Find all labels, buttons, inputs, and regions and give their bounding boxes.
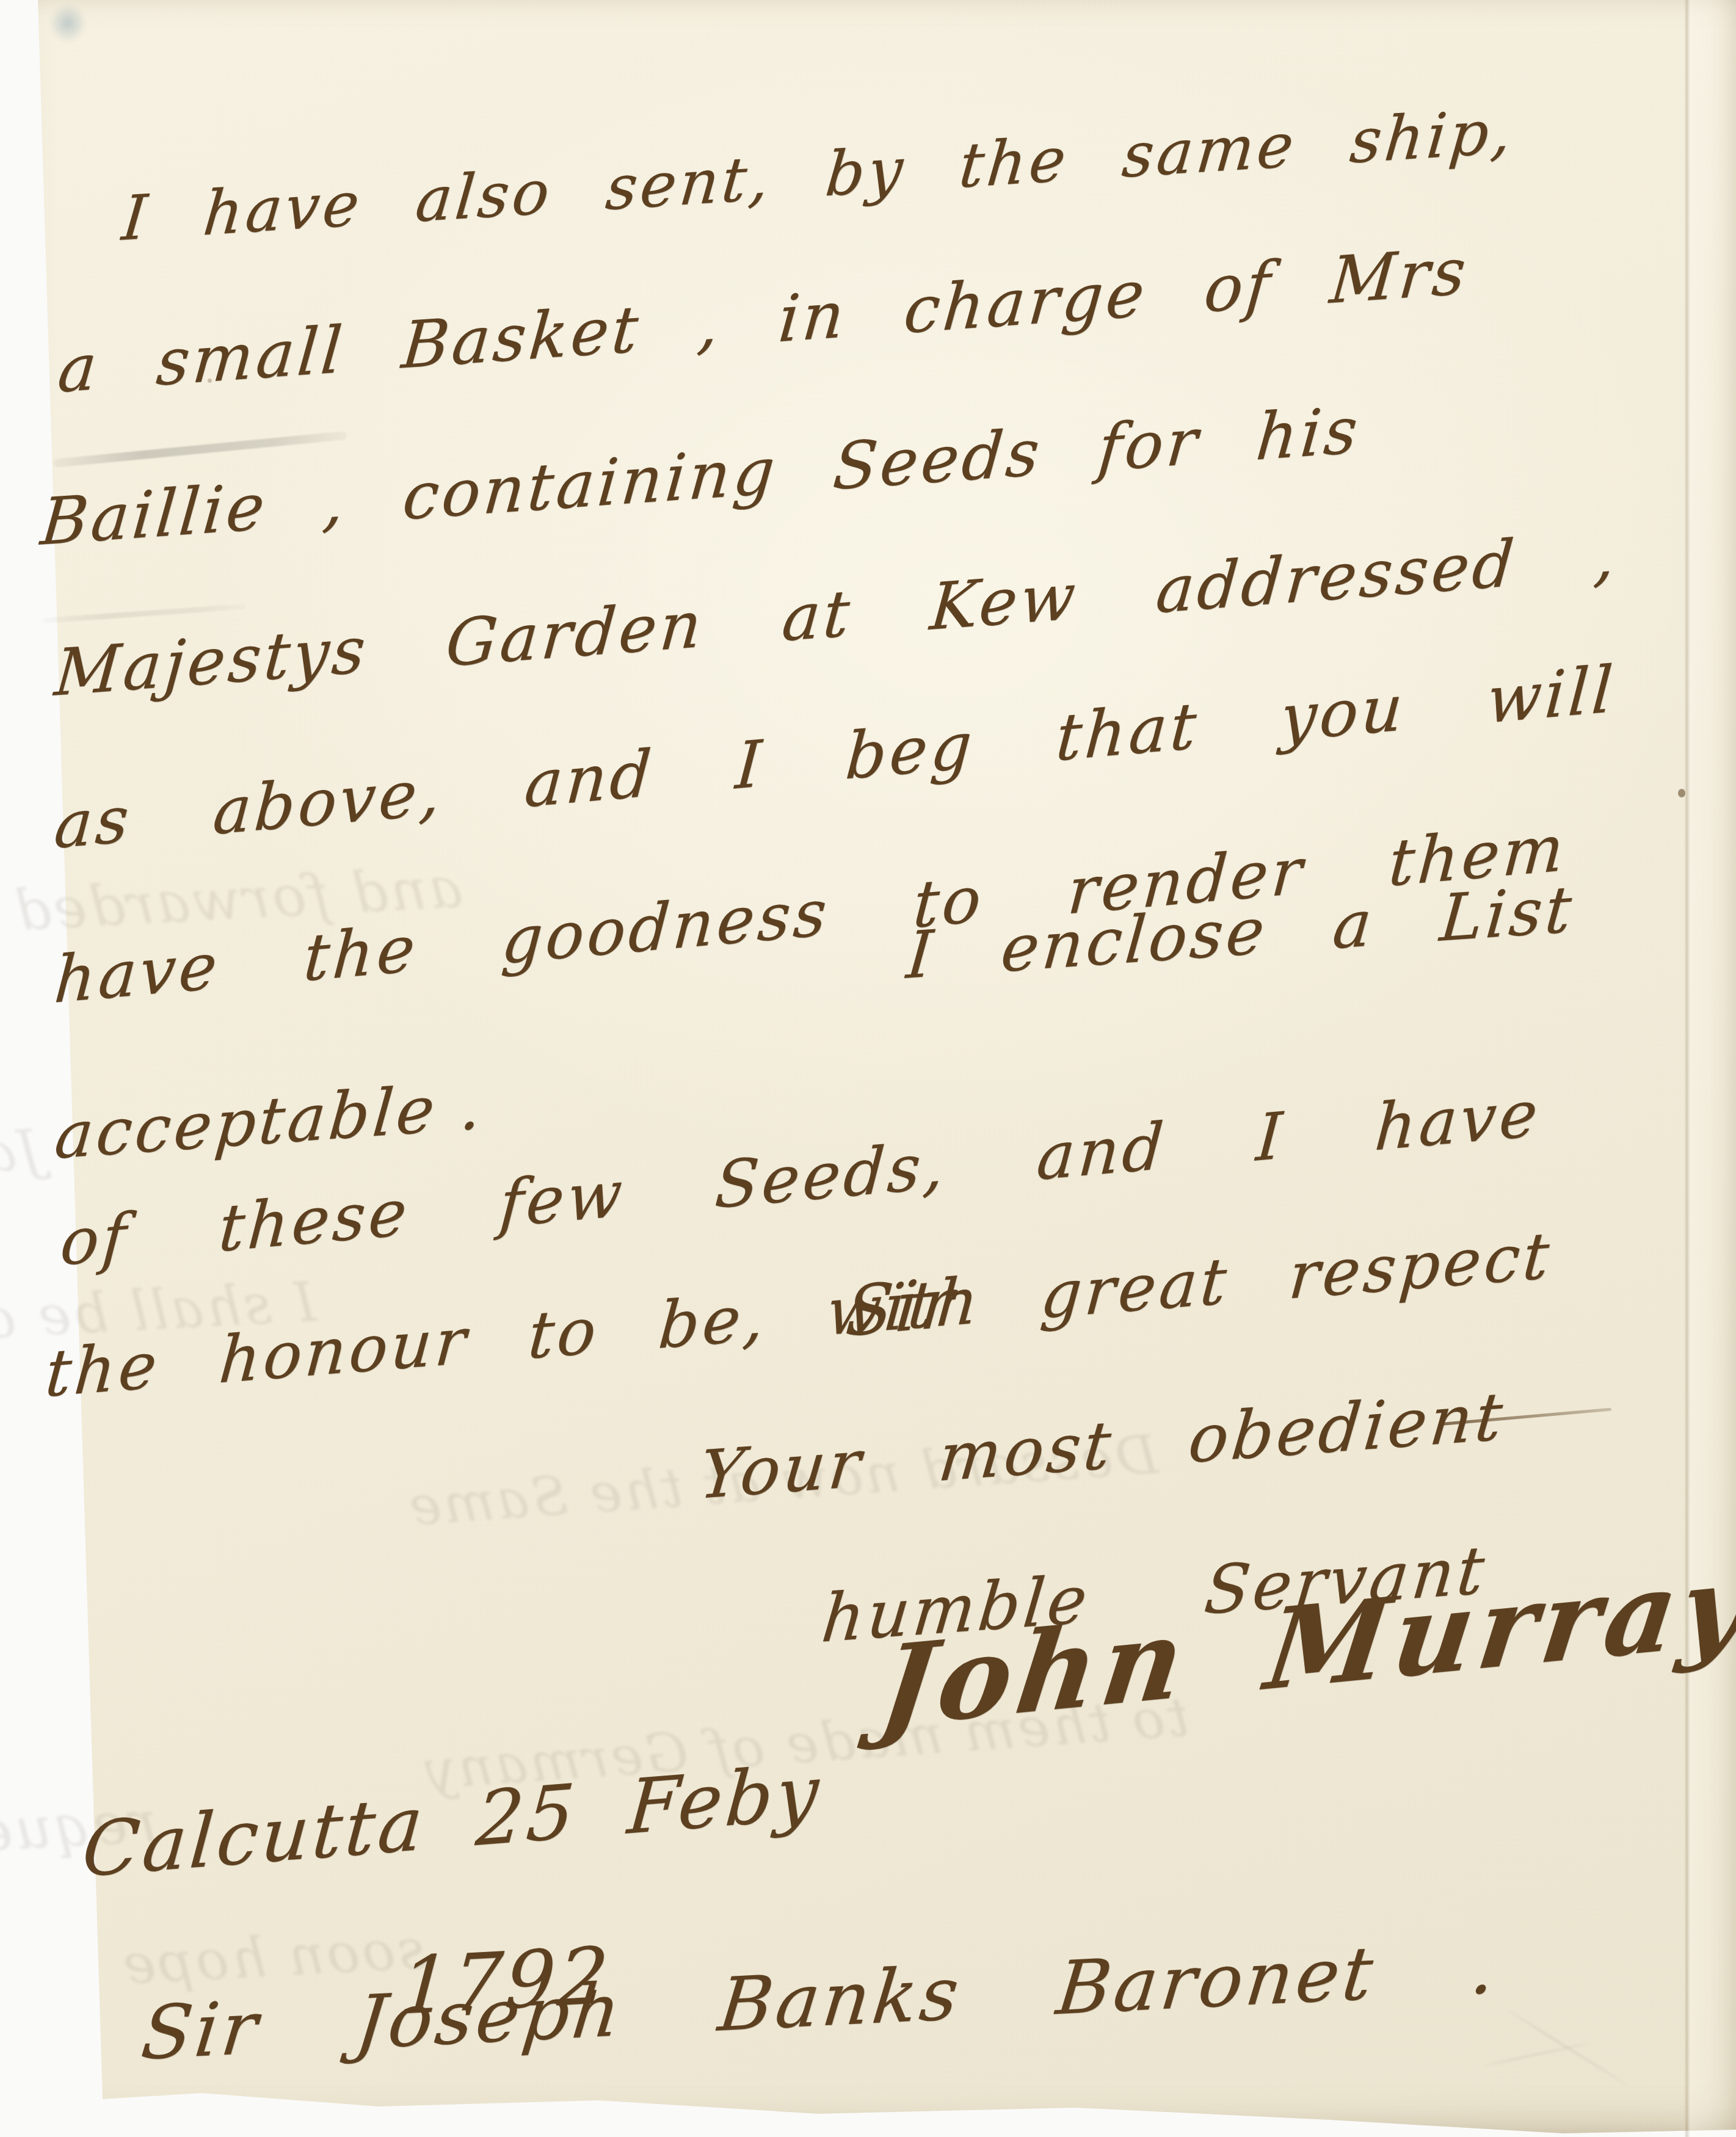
ghost-bleedthrough-line: James Graves to England with [0, 1117, 43, 1245]
salutation: Sir [843, 1263, 960, 1352]
fold-crease-highlight [1690, 0, 1733, 2137]
ink-speck [1678, 789, 1685, 797]
paper-blemish [49, 4, 87, 43]
letter-photograph: and forwarded to Mr Haslep James Graves … [0, 0, 1736, 2137]
fold-crease [1684, 0, 1690, 2137]
ink-speck [208, 379, 212, 383]
